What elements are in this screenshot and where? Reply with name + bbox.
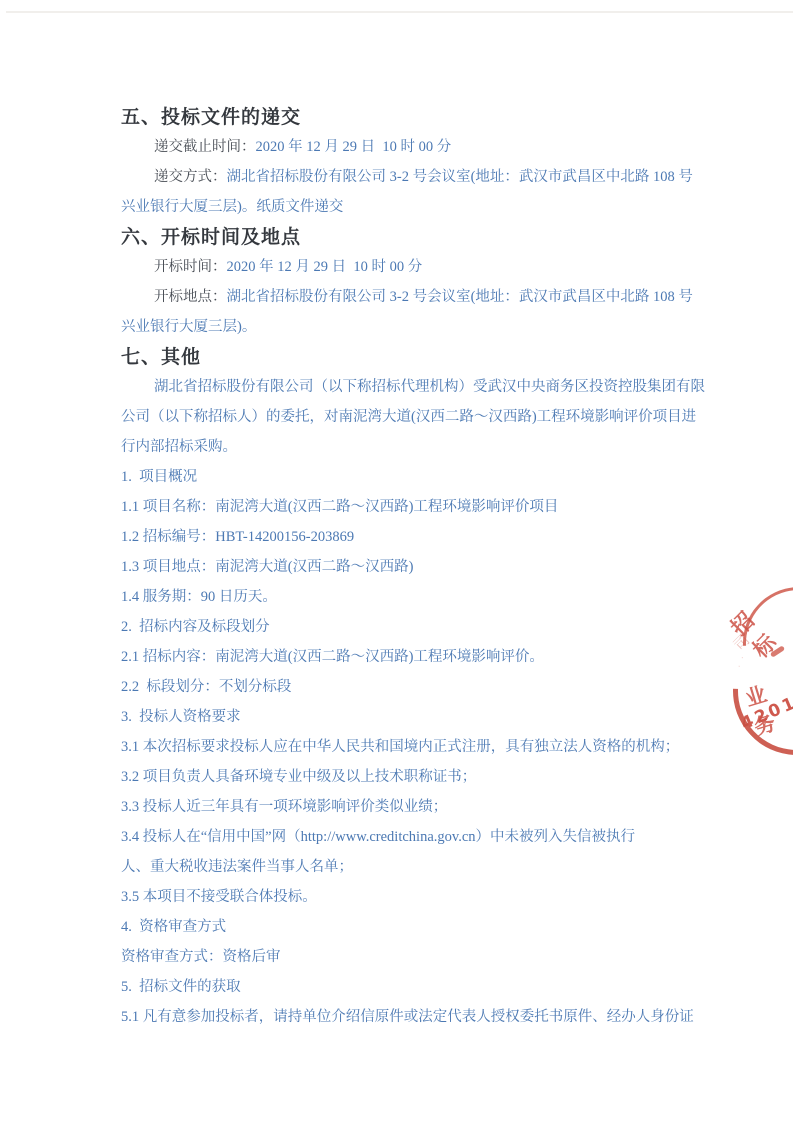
- text-segment: 3.1 本次招标要求投标人应在中华人民共和国境内正式注册，具有独立法人资格的机构…: [121, 739, 679, 755]
- text-line: 开标时间：2020 年 12 月 29 日 10 时 00 分: [121, 252, 793, 282]
- text-line: 湖北省招标股份有限公司（以下称招标代理机构）受武汉中央商务区投资控股集团有限: [121, 372, 793, 402]
- text-segment: 行内部招标采购。: [121, 439, 237, 455]
- section-heading: 五、投标文件的递交: [121, 102, 793, 132]
- text-segment: 1.4 服务期：90 日历天。: [121, 589, 277, 605]
- text-segment: 兴业银行大厦三层)。: [121, 319, 256, 335]
- text-line: 兴业银行大厦三层)。: [121, 312, 793, 342]
- text-line: 5.1 凡有意参加投标者，请持单位介绍信原件或法定代表人授权委托书原件、经办人身…: [121, 1002, 793, 1032]
- text-segment: 公司（以下称招标人）的委托，对南泥湾大道(汉西二路～汉西路)工程环境影响评价项目…: [121, 409, 696, 425]
- text-segment: 资格审查方式：资格后审: [121, 949, 281, 965]
- text-segment: 六、开标时间及地点: [121, 226, 301, 248]
- text-segment: 3.5 本项目不接受联合体投标。: [121, 889, 317, 905]
- text-line: 2.1 招标内容：南泥湾大道(汉西二路～汉西路)工程环境影响评价。: [121, 642, 793, 672]
- text-segment: 2020 年 12 月 29 日 10 时 00 分: [256, 139, 452, 155]
- text-segment: 4. 资格审查方式: [121, 919, 226, 935]
- section-heading: 六、开标时间及地点: [121, 222, 793, 252]
- document-page: 五、投标文件的递交递交截止时间：2020 年 12 月 29 日 10 时 00…: [0, 0, 793, 1123]
- text-line: 1.3 项目地点：南泥湾大道(汉西二路～汉西路): [121, 552, 793, 582]
- text-segment: 3.3 投标人近三年具有一项环境影响评价类似业绩；: [121, 799, 447, 815]
- text-segment: 湖北省招标股份有限公司（以下称招标代理机构）受武汉中央商务区投资控股集团有限: [154, 379, 705, 395]
- text-line: 1. 项目概况: [121, 462, 793, 492]
- text-line: 3.3 投标人近三年具有一项环境影响评价类似业绩；: [121, 792, 793, 822]
- text-segment: 兴业银行大厦三层)。纸质文件递交: [121, 199, 343, 215]
- text-line: 3.1 本次招标要求投标人应在中华人民共和国境内正式注册，具有独立法人资格的机构…: [121, 732, 793, 762]
- text-segment: 1. 项目概况: [121, 469, 197, 485]
- section-heading: 七、其他: [121, 342, 793, 372]
- text-segment: 3.4 投标人在“信用中国”网（http://www.creditchina.g…: [121, 829, 635, 845]
- text-segment: 2.1 招标内容：南泥湾大道(汉西二路～汉西路)工程环境影响评价。: [121, 649, 544, 665]
- text-line: 递交截止时间：2020 年 12 月 29 日 10 时 00 分: [121, 132, 793, 162]
- text-line: 2. 招标内容及标段划分: [121, 612, 793, 642]
- text-line: 3.5 本项目不接受联合体投标。: [121, 882, 793, 912]
- text-segment: 1.1 项目名称：南泥湾大道(汉西二路～汉西路)工程环境影响评价项目: [121, 499, 558, 515]
- text-segment: 七、其他: [121, 346, 201, 368]
- text-segment: 2. 招标内容及标段划分: [121, 619, 270, 635]
- text-segment: 5.1 凡有意参加投标者，请持单位介绍信原件或法定代表人授权委托书原件、经办人身…: [121, 1009, 694, 1025]
- text-segment: 开标地点：: [154, 289, 227, 305]
- text-segment: 湖北省招标股份有限公司 3-2 号会议室(地址：武汉市武昌区中北路 108 号: [227, 169, 693, 185]
- text-line: 1.2 招标编号：HBT-14200156-203869: [121, 522, 793, 552]
- text-segment: 1.2 招标编号：HBT-14200156-203869: [121, 529, 354, 545]
- text-line: 公司（以下称招标人）的委托，对南泥湾大道(汉西二路～汉西路)工程环境影响评价项目…: [121, 402, 793, 432]
- text-line: 行内部招标采购。: [121, 432, 793, 462]
- text-segment: 开标时间：: [154, 259, 227, 275]
- text-line: 资格审查方式：资格后审: [121, 942, 793, 972]
- text-line: 1.1 项目名称：南泥湾大道(汉西二路～汉西路)工程环境影响评价项目: [121, 492, 793, 522]
- text-segment: 递交截止时间：: [154, 139, 256, 155]
- text-line: 兴业银行大厦三层)。纸质文件递交: [121, 192, 793, 222]
- text-segment: 递交方式：: [154, 169, 227, 185]
- text-line: 人、重大税收违法案件当事人名单；: [121, 852, 793, 882]
- text-segment: 5. 招标文件的获取: [121, 979, 241, 995]
- text-segment: 3. 投标人资格要求: [121, 709, 241, 725]
- text-segment: 3.2 项目负责人具备环境专业中级及以上技术职称证书；: [121, 769, 476, 785]
- document-content: 五、投标文件的递交递交截止时间：2020 年 12 月 29 日 10 时 00…: [121, 102, 793, 1032]
- text-segment: 2020 年 12 月 29 日 10 时 00 分: [227, 259, 423, 275]
- text-line: 3.4 投标人在“信用中国”网（http://www.creditchina.g…: [121, 822, 793, 852]
- text-segment: 1.3 项目地点：南泥湾大道(汉西二路～汉西路): [121, 559, 413, 575]
- text-line: 1.4 服务期：90 日历天。: [121, 582, 793, 612]
- text-line: 2.2 标段划分：不划分标段: [121, 672, 793, 702]
- scan-artifact-line: [6, 11, 793, 13]
- text-line: 递交方式：湖北省招标股份有限公司 3-2 号会议室(地址：武汉市武昌区中北路 1…: [121, 162, 793, 192]
- text-line: 3.2 项目负责人具备环境专业中级及以上技术职称证书；: [121, 762, 793, 792]
- text-segment: 2.2 标段划分：不划分标段: [121, 679, 291, 695]
- text-segment: 人、重大税收违法案件当事人名单；: [121, 859, 353, 875]
- text-segment: 五、投标文件的递交: [121, 106, 301, 128]
- text-line: 3. 投标人资格要求: [121, 702, 793, 732]
- text-line: 5. 招标文件的获取: [121, 972, 793, 1002]
- text-line: 开标地点：湖北省招标股份有限公司 3-2 号会议室(地址：武汉市武昌区中北路 1…: [121, 282, 793, 312]
- text-line: 4. 资格审查方式: [121, 912, 793, 942]
- text-segment: 湖北省招标股份有限公司 3-2 号会议室(地址：武汉市武昌区中北路 108 号: [227, 289, 693, 305]
